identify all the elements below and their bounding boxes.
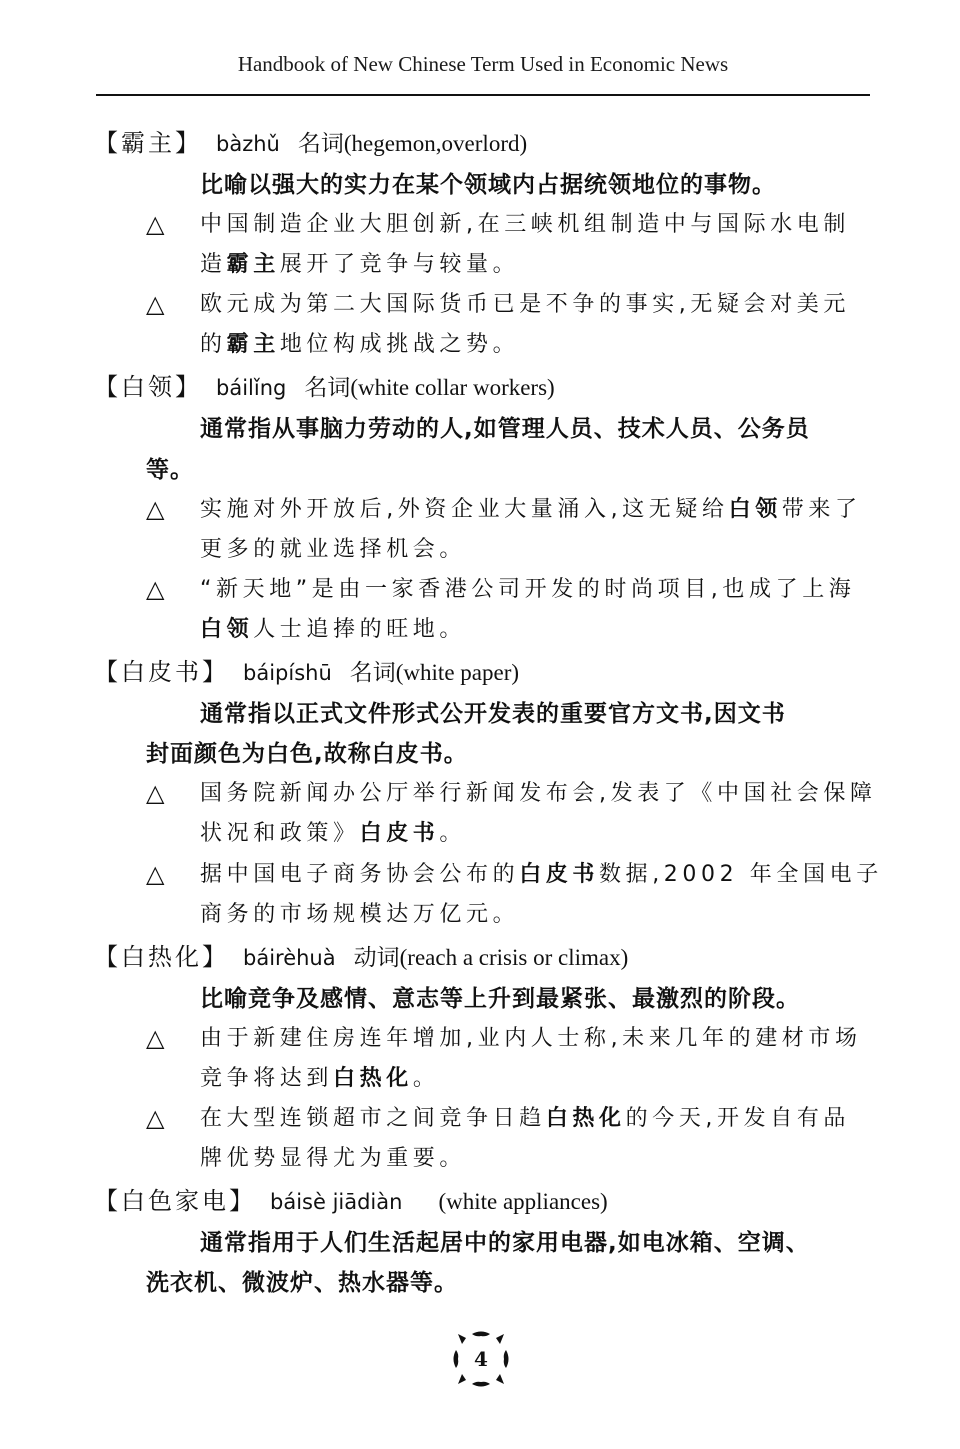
triangle-marker-icon: △ — [146, 495, 164, 523]
entry-definition: 通常指以正式文件形式公开发表的重要官方文书,因文书 — [200, 699, 786, 729]
entry-pinyin: báirèhuà — [243, 946, 336, 970]
entry-gloss: (white collar workers) — [350, 375, 554, 400]
entry-definition: 比喻以强大的实力在某个领域内占据统领地位的事物。 — [200, 170, 776, 200]
triangle-marker-icon: △ — [146, 575, 164, 603]
example-line: 商务的市场规模达万亿元。 — [200, 900, 519, 930]
highlighted-term: 白皮书 — [360, 821, 440, 846]
entry-gloss: (white paper) — [396, 660, 519, 685]
example-line: 国务院新闻办公厅举行新闻发布会,发表了《中国社会保障 — [200, 779, 877, 809]
triangle-marker-icon: △ — [146, 1104, 164, 1132]
entry-pos: 动词 — [354, 945, 400, 971]
example-line: 造霸主展开了竞争与较量。 — [200, 250, 519, 280]
example-line: 由于新建住房连年增加,业内人士称,未来几年的建材市场 — [200, 1024, 862, 1054]
entry-gloss: (reach a crisis or climax) — [400, 945, 629, 970]
example-line: 白领人士追捧的旺地。 — [200, 615, 466, 645]
entry-term: 【白领】 — [94, 373, 202, 401]
entry-gloss: (white appliances) — [438, 1189, 607, 1214]
example-line: 据中国电子商务协会公布的白皮书数据,2002 年全国电子 — [200, 860, 883, 890]
running-header: Handbook of New Chinese Term Used in Eco… — [96, 52, 870, 77]
entry-pinyin: báilǐng — [216, 376, 286, 400]
highlighted-term: 白皮书 — [519, 862, 599, 887]
page-number-text: 4 — [474, 1347, 488, 1371]
highlighted-term: 霸主 — [227, 332, 280, 357]
example-line: 欧元成为第二大国际货币已是不争的事实,无疑会对美元 — [200, 290, 850, 320]
triangle-marker-icon: △ — [146, 779, 164, 807]
triangle-marker-icon: △ — [146, 210, 164, 238]
entry-term: 【霸主】 — [94, 129, 202, 157]
highlighted-term: 白热化 — [546, 1106, 626, 1131]
entry-pinyin: bàzhǔ — [216, 132, 280, 156]
entry-pos: 名词 — [304, 375, 350, 401]
entry-headword: 【白热化】báirèhuà动词(reach a crisis or climax… — [94, 942, 628, 973]
entry-pos: 名词 — [298, 131, 344, 157]
entry-headword: 【白领】báilǐng名词(white collar workers) — [94, 372, 555, 403]
highlighted-term: 白领 — [729, 497, 782, 522]
entry-definition: 洗衣机、微波炉、热水器等。 — [146, 1268, 458, 1298]
example-line: 中国制造企业大胆创新,在三峡机组制造中与国际水电制 — [200, 210, 850, 240]
example-line: 状况和政策》白皮书。 — [200, 819, 466, 849]
triangle-marker-icon: △ — [146, 860, 164, 888]
example-line: “新天地”是由一家香港公司开发的时尚项目,也成了上海 — [200, 575, 855, 605]
example-line: 实施对外开放后,外资企业大量涌入,这无疑给白领带来了 — [200, 495, 862, 525]
entry-definition: 通常指从事脑力劳动的人,如管理人员、技术人员、公务员 — [200, 414, 810, 444]
example-line: 牌优势显得尤为重要。 — [200, 1144, 466, 1174]
entry-headword: 【白色家电】báisè jiādiàn(white appliances) — [94, 1186, 608, 1217]
highlighted-term: 白领 — [200, 617, 253, 642]
entry-definition: 等。 — [146, 455, 194, 485]
highlighted-term: 霸主 — [227, 252, 280, 277]
example-line: 的霸主地位构成挑战之势。 — [200, 330, 519, 360]
entry-definition: 比喻竞争及感情、意志等上升到最紧张、最激烈的阶段。 — [200, 984, 800, 1014]
entry-term: 【白色家电】 — [94, 1187, 256, 1215]
entry-pos: 名词 — [350, 660, 396, 686]
example-line: 竞争将达到白热化。 — [200, 1064, 439, 1094]
triangle-marker-icon: △ — [146, 290, 164, 318]
header-rule — [96, 94, 870, 96]
page-number: 4 — [450, 1328, 512, 1390]
highlighted-term: 白热化 — [333, 1066, 413, 1091]
entry-term: 【白皮书】 — [94, 658, 229, 686]
entry-definition: 通常指用于人们生活起居中的家用电器,如电冰箱、空调、 — [200, 1228, 810, 1258]
entry-pinyin: báipíshū — [243, 661, 332, 685]
entry-gloss: (hegemon,overlord) — [344, 131, 527, 156]
triangle-marker-icon: △ — [146, 1024, 164, 1052]
entry-pinyin: báisè jiādiàn — [270, 1190, 402, 1214]
entry-term: 【白热化】 — [94, 943, 229, 971]
entry-headword: 【白皮书】báipíshū名词(white paper) — [94, 657, 519, 688]
example-line: 更多的就业选择机会。 — [200, 535, 466, 565]
example-line: 在大型连锁超市之间竞争日趋白热化的今天,开发自有品 — [200, 1104, 850, 1134]
entry-headword: 【霸主】bàzhǔ名词(hegemon,overlord) — [94, 128, 527, 159]
entry-definition: 封面颜色为白色,故称白皮书。 — [146, 739, 468, 769]
